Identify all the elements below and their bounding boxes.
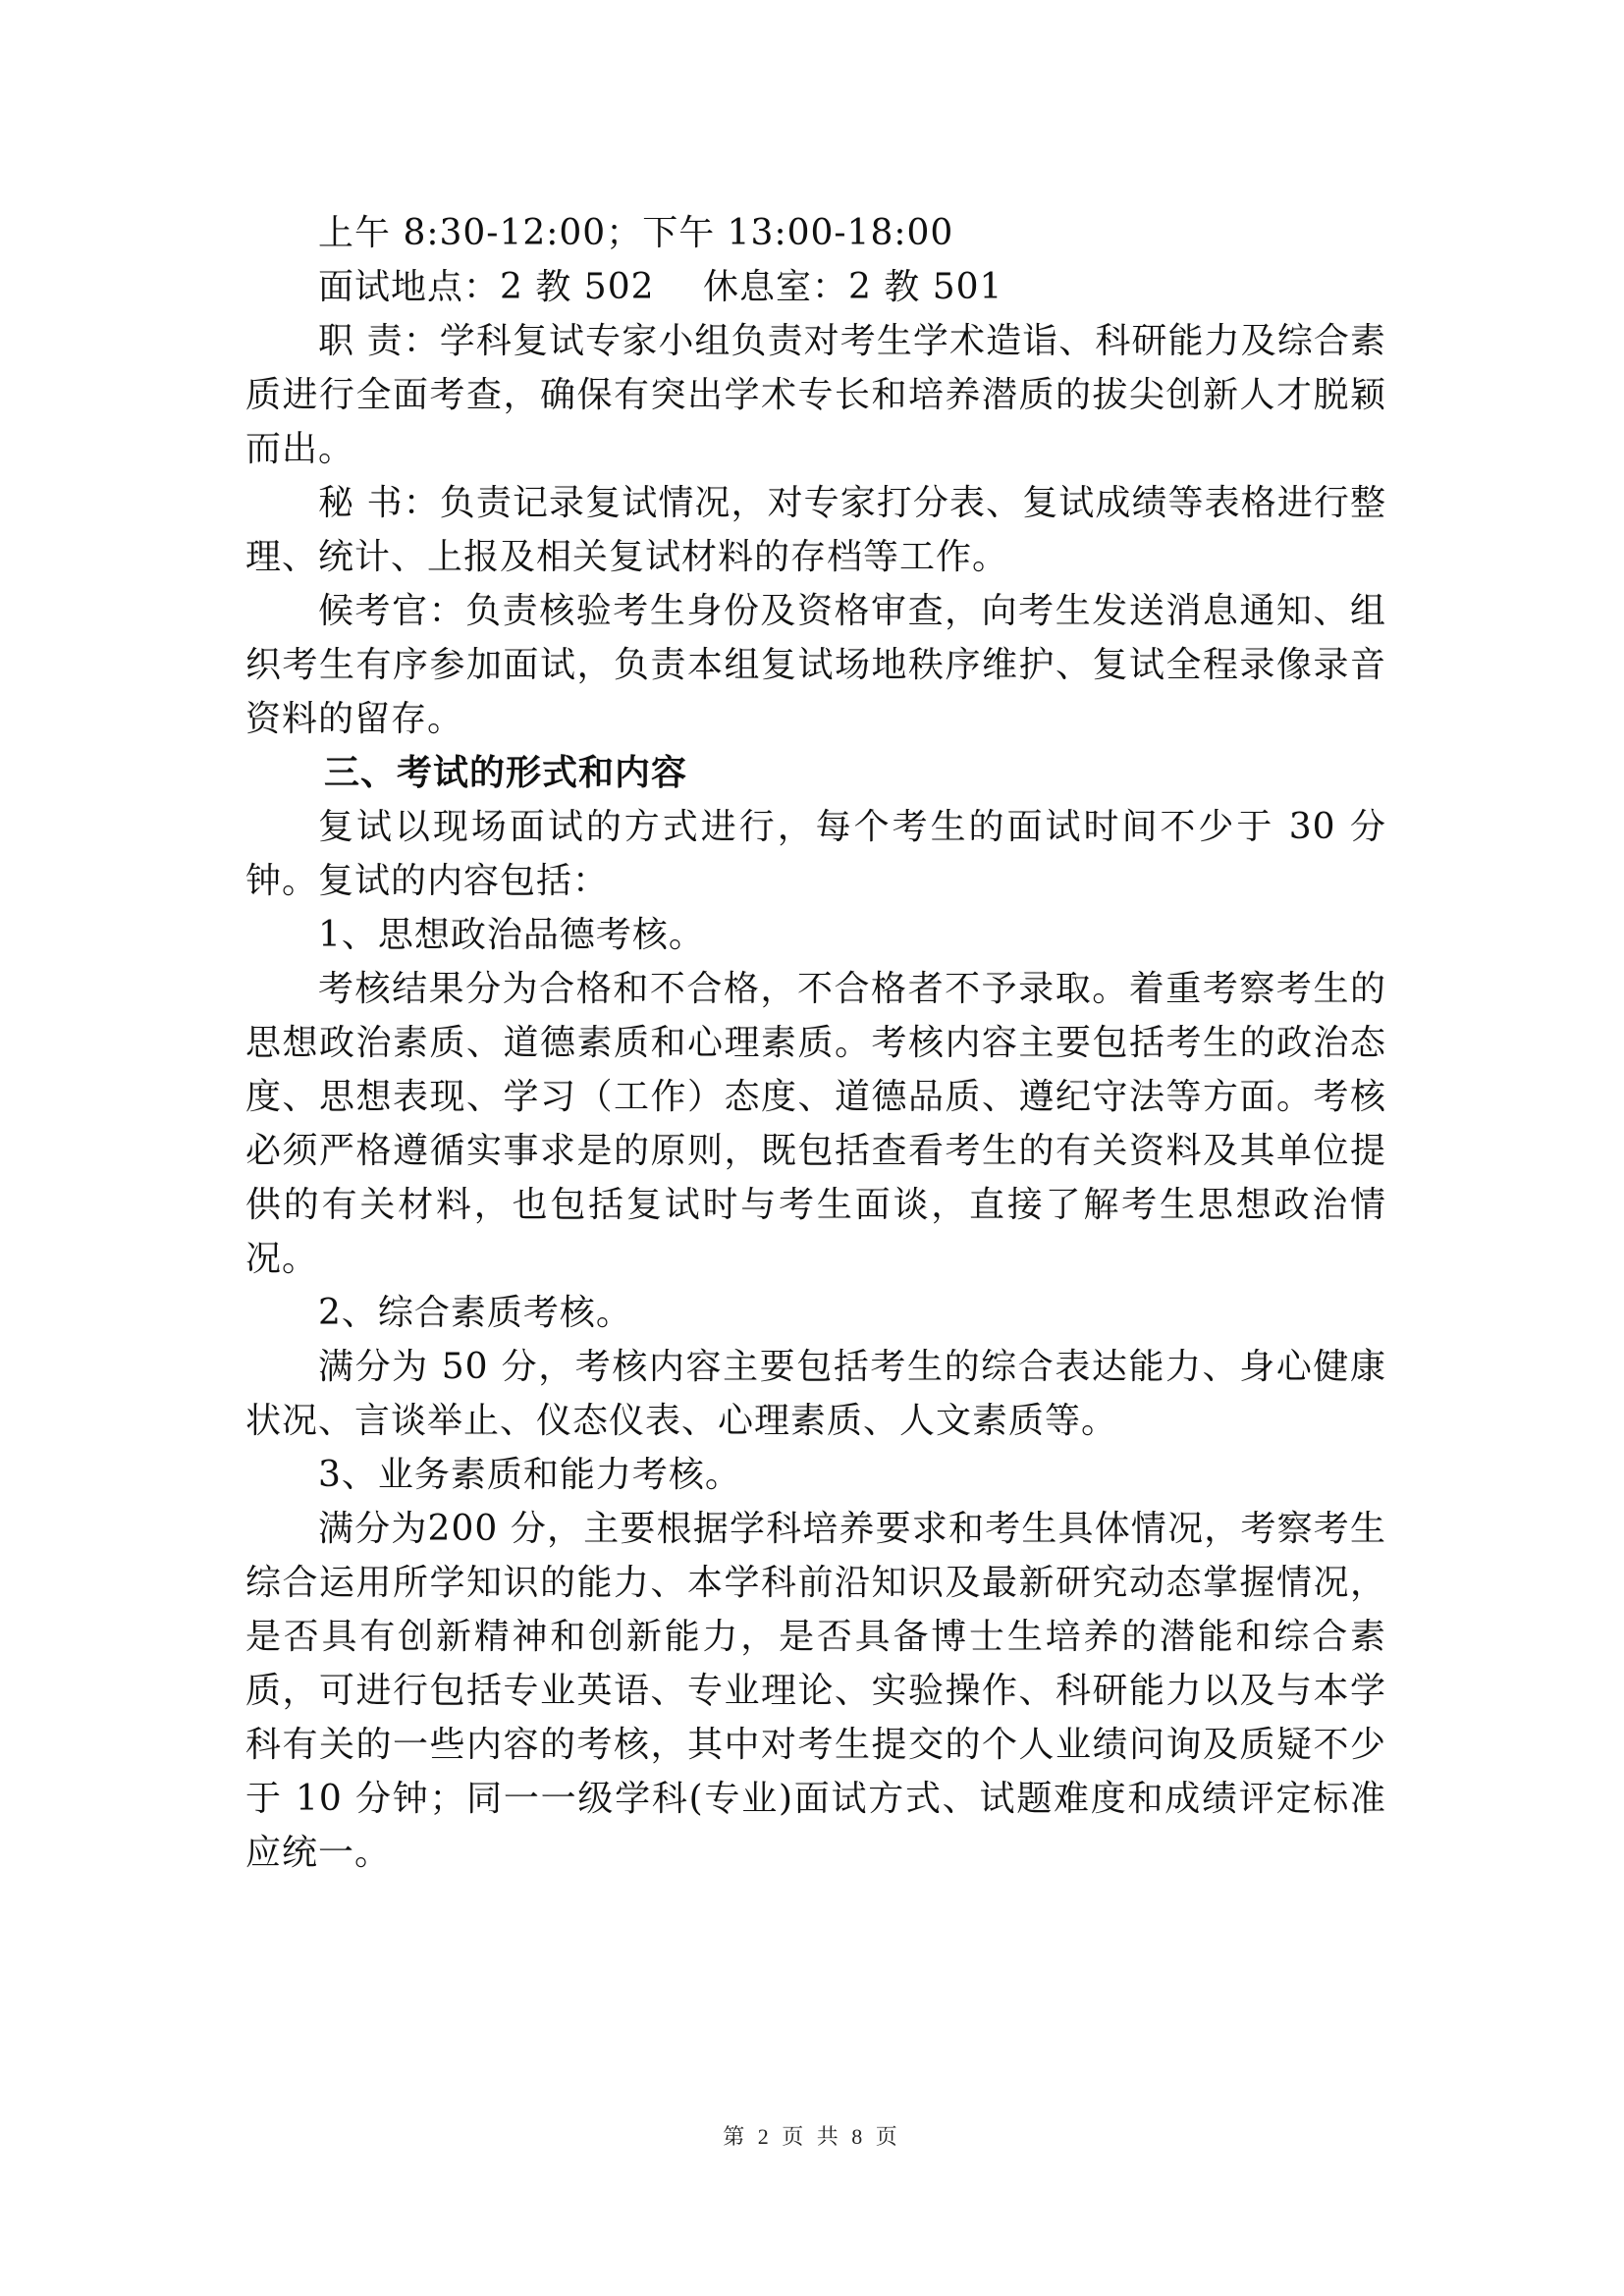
item-1-title: 1、思想政治品德考核。 <box>245 908 1386 962</box>
interview-location: 面试地点：2 教 502 休息室：2 教 501 <box>245 260 1386 314</box>
item-3-title: 3、业务素质和能力考核。 <box>245 1448 1386 1502</box>
item-3-body: 满分为200 分，主要根据学科培养要求和考生具体情况，考察考生综合运用所学知识的… <box>245 1502 1386 1880</box>
page-number-footer: 第 2 页 共 8 页 <box>0 2120 1624 2151</box>
document-body: 上午 8:30-12:00；下午 13:00-18:00 面试地点：2 教 50… <box>245 206 1386 1880</box>
item-2-title: 2、综合素质考核。 <box>245 1286 1386 1340</box>
duty-secretary: 秘 书：负责记录复试情况，对专家打分表、复试成绩等表格进行整理、统计、上报及相关… <box>245 476 1386 584</box>
document-page: 上午 8:30-12:00；下午 13:00-18:00 面试地点：2 教 50… <box>0 0 1624 2296</box>
exam-intro: 复试以现场面试的方式进行，每个考生的面试时间不少于 30 分钟。复试的内容包括： <box>245 800 1386 908</box>
duty-proctor: 候考官：负责核验考生身份及资格审查，向考生发送消息通知、组织考生有序参加面试，负… <box>245 584 1386 746</box>
item-1-body: 考核结果分为合格和不合格，不合格者不予录取。着重考察考生的思想政治素质、道德素质… <box>245 962 1386 1286</box>
schedule-times: 上午 8:30-12:00；下午 13:00-18:00 <box>245 206 1386 260</box>
duty-expert-panel: 职 责：学科复试专家小组负责对考生学术造诣、科研能力及综合素质进行全面考查，确保… <box>245 314 1386 476</box>
item-2-body: 满分为 50 分，考核内容主要包括考生的综合表达能力、身心健康状况、言谈举止、仪… <box>245 1340 1386 1448</box>
section-heading-exam-format: 三、考试的形式和内容 <box>245 746 1386 800</box>
